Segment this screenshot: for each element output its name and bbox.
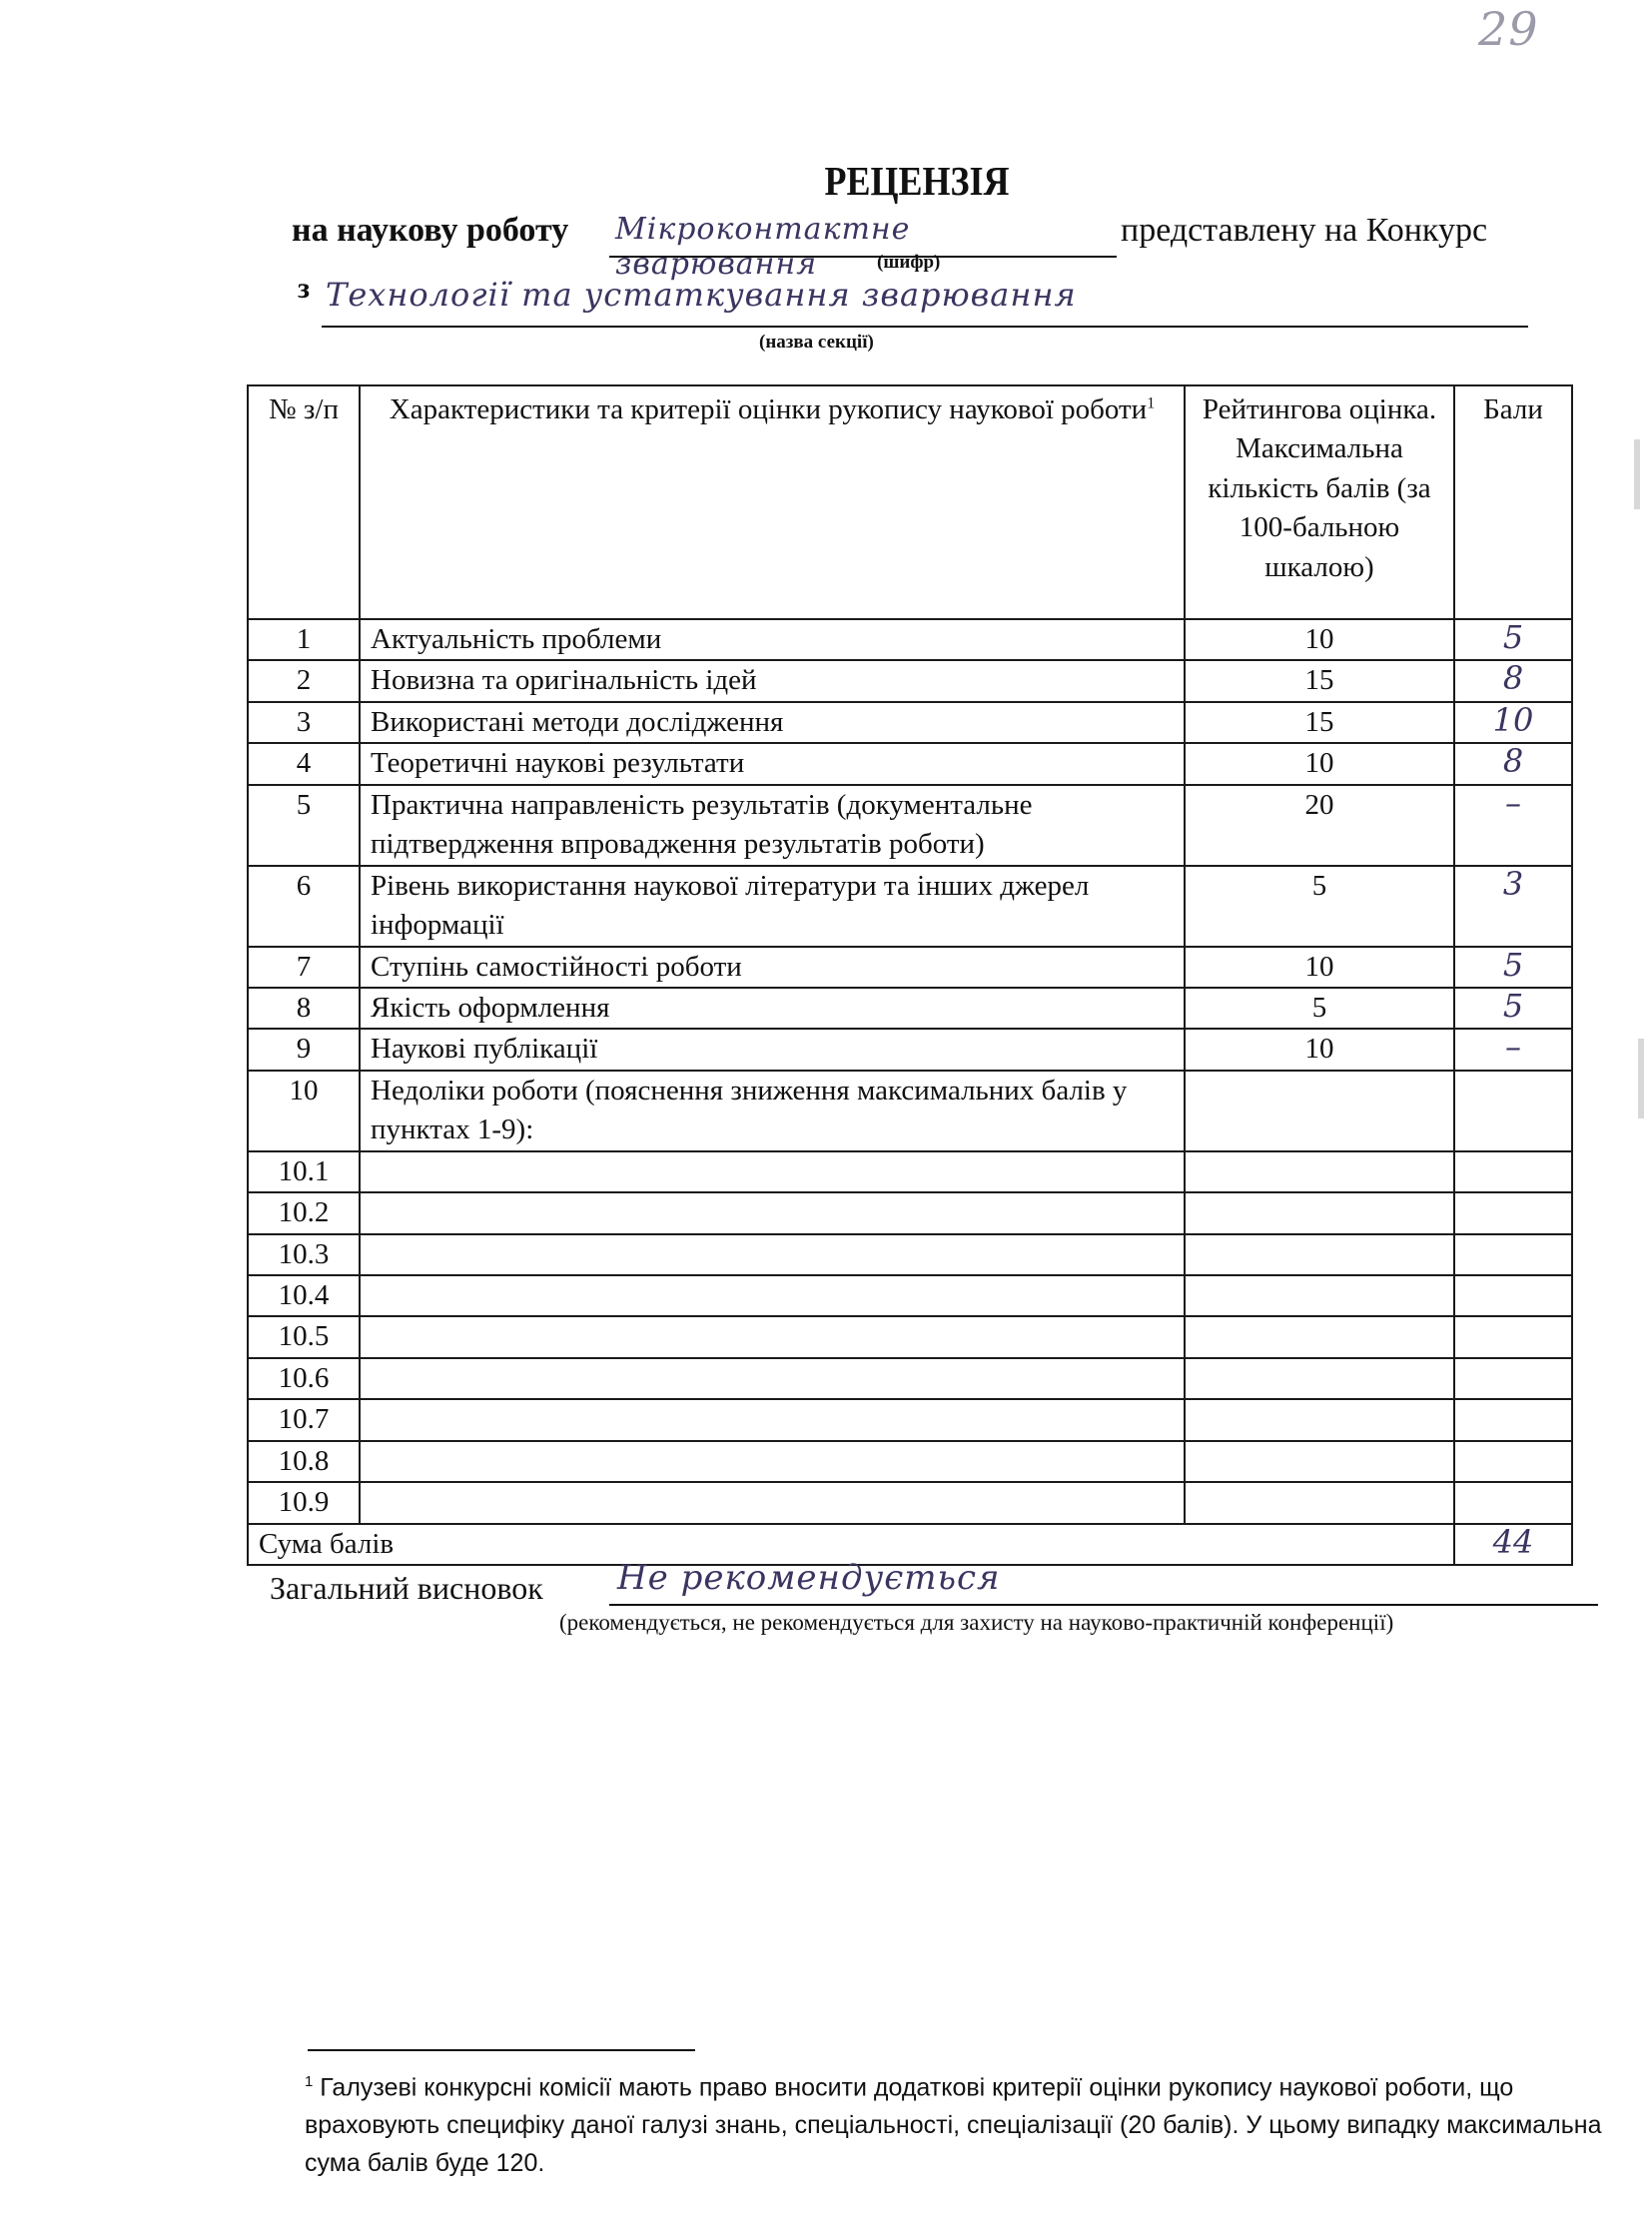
subrow-number: 10.5 (248, 1316, 360, 1357)
conclusion-value: Не рекомендується (617, 1558, 1001, 1598)
subrow-criterion[interactable] (360, 1234, 1185, 1275)
subrow-max-score[interactable] (1185, 1275, 1454, 1316)
section-value: Технології та устаткування зварювання (326, 276, 1077, 314)
subrow-max-score[interactable] (1185, 1234, 1454, 1275)
row-points[interactable]: – (1454, 785, 1572, 866)
conclusion-caption: (рекомендується, не рекомендується для з… (559, 1610, 1393, 1636)
table-row: 10.6 (248, 1358, 1572, 1399)
subrow-criterion[interactable] (360, 1441, 1185, 1482)
row-max-score: 5 (1185, 866, 1454, 947)
subrow-points[interactable] (1454, 1275, 1572, 1316)
table-row: 7Ступінь самостійності роботи105 (248, 947, 1572, 988)
table-row: 2Новизна та оригінальність ідей158 (248, 660, 1572, 701)
subrow-points[interactable] (1454, 1358, 1572, 1399)
row-points[interactable]: 5 (1454, 947, 1572, 988)
subrow-max-score[interactable] (1185, 1316, 1454, 1357)
row-criterion: Практична направленість результатів (док… (360, 785, 1185, 866)
row-criterion: Наукові публікації (360, 1029, 1185, 1070)
row-max-score: 10 (1185, 1029, 1454, 1070)
subrow-points[interactable] (1454, 1151, 1572, 1192)
table-row: 10.9 (248, 1482, 1572, 1523)
row-max-score (1185, 1071, 1454, 1151)
conclusion-field[interactable]: Не рекомендується (609, 1564, 1598, 1606)
header-max: Рейтингова оцінка. Максимальна кількість… (1185, 385, 1454, 619)
section-field[interactable]: Технології та устаткування зварювання (322, 282, 1528, 328)
subrow-number: 10.1 (248, 1151, 360, 1192)
subrow-number: 10.3 (248, 1234, 360, 1275)
work-code-caption: (шифр) (877, 252, 940, 274)
row-max-score: 20 (1185, 785, 1454, 866)
row-max-score: 15 (1185, 660, 1454, 701)
subrow-points[interactable] (1454, 1399, 1572, 1440)
subrow-max-score[interactable] (1185, 1399, 1454, 1440)
work-code-value: Мікроконтактне зварювання (615, 212, 1117, 282)
table-row: 10.1 (248, 1151, 1572, 1192)
row-criterion: Новизна та оригінальність ідей (360, 660, 1185, 701)
work-line-label: на наукову роботу (292, 212, 568, 250)
conclusion-label: Загальний висновок (270, 1570, 543, 1607)
evaluation-table: № з/п Характеристики та критерії оцінки … (247, 384, 1573, 1566)
subrow-number: 10.9 (248, 1482, 360, 1523)
subrow-criterion[interactable] (360, 1316, 1185, 1357)
table-row: 6Рівень використання наукової літератури… (248, 866, 1572, 947)
table-row: 10.8 (248, 1441, 1572, 1482)
row-max-score: 15 (1185, 702, 1454, 743)
row-criterion: Використані методи дослідження (360, 702, 1185, 743)
row-max-score: 5 (1185, 988, 1454, 1029)
subrow-number: 10.6 (248, 1358, 360, 1399)
table-header-row: № з/п Характеристики та критерії оцінки … (248, 385, 1572, 619)
page-number-handwritten: 29 (1478, 2, 1539, 56)
subrow-criterion[interactable] (360, 1482, 1185, 1523)
row-points[interactable]: 8 (1454, 660, 1572, 701)
row-number: 3 (248, 702, 360, 743)
row-points[interactable]: 8 (1454, 743, 1572, 784)
subrow-max-score[interactable] (1185, 1192, 1454, 1233)
row-number: 2 (248, 660, 360, 701)
row-number: 8 (248, 988, 360, 1029)
row-number: 9 (248, 1029, 360, 1070)
subrow-max-score[interactable] (1185, 1151, 1454, 1192)
row-number: 5 (248, 785, 360, 866)
footnote-divider (308, 2049, 695, 2051)
footnote-mark: 1 (1147, 394, 1155, 411)
subrow-criterion[interactable] (360, 1399, 1185, 1440)
row-number: 6 (248, 866, 360, 947)
subrow-criterion[interactable] (360, 1151, 1185, 1192)
subrow-number: 10.8 (248, 1441, 360, 1482)
row-points[interactable]: 3 (1454, 866, 1572, 947)
footnote-mark: 1 (305, 2073, 313, 2090)
subrow-points[interactable] (1454, 1441, 1572, 1482)
subrow-max-score[interactable] (1185, 1358, 1454, 1399)
row-points[interactable]: – (1454, 1029, 1572, 1070)
subrow-criterion[interactable] (360, 1192, 1185, 1233)
row-criterion: Недоліки роботи (пояснення зниження макс… (360, 1071, 1185, 1151)
subrow-number: 10.7 (248, 1399, 360, 1440)
row-points[interactable]: 10 (1454, 702, 1572, 743)
subrow-max-score[interactable] (1185, 1441, 1454, 1482)
row-max-score: 10 (1185, 947, 1454, 988)
table-row: 8Якість оформлення55 (248, 988, 1572, 1029)
header-criteria-text: Характеристики та критерії оцінки рукопи… (390, 393, 1147, 425)
row-criterion: Якість оформлення (360, 988, 1185, 1029)
row-number: 10 (248, 1071, 360, 1151)
subrow-points[interactable] (1454, 1482, 1572, 1523)
footnote: 1 Галузеві конкурсні комісії мають право… (305, 2063, 1633, 2182)
table-row: 1Актуальність проблеми105 (248, 619, 1572, 660)
row-criterion: Ступінь самостійності роботи (360, 947, 1185, 988)
footnote-text: Галузеві конкурсні комісії мають право в… (305, 2073, 1602, 2177)
subrow-number: 10.4 (248, 1275, 360, 1316)
scan-artifact (1638, 1039, 1644, 1118)
subrow-criterion[interactable] (360, 1358, 1185, 1399)
section-prefix: з (298, 272, 310, 306)
row-number: 4 (248, 743, 360, 784)
row-criterion: Рівень використання наукової літератури … (360, 866, 1185, 947)
subrow-points[interactable] (1454, 1316, 1572, 1357)
document-title: РЕЦЕНЗІЯ (0, 157, 1652, 205)
row-criterion: Теоретичні наукові результати (360, 743, 1185, 784)
table-row: 10Недоліки роботи (пояснення зниження ма… (248, 1071, 1572, 1151)
table-row: 10.4 (248, 1275, 1572, 1316)
scan-artifact (1634, 439, 1640, 509)
subrow-number: 10.2 (248, 1192, 360, 1233)
section-caption: (назва секції) (759, 332, 874, 354)
table-row: 3Використані методи дослідження1510 (248, 702, 1572, 743)
header-no: № з/п (248, 385, 360, 619)
row-max-score: 10 (1185, 619, 1454, 660)
row-number: 7 (248, 947, 360, 988)
table-row: 4Теоретичні наукові результати108 (248, 743, 1572, 784)
work-code-field[interactable]: Мікроконтактне зварювання (609, 212, 1117, 258)
row-number: 1 (248, 619, 360, 660)
submitted-label: представлену на Конкурс (1121, 212, 1487, 250)
header-points: Бали (1454, 385, 1572, 619)
table-row: 5Практична направленість результатів (до… (248, 785, 1572, 866)
row-max-score: 10 (1185, 743, 1454, 784)
sum-points[interactable]: 44 (1454, 1524, 1572, 1565)
row-points[interactable]: 5 (1454, 988, 1572, 1029)
row-points[interactable] (1454, 1071, 1572, 1151)
row-criterion: Актуальність проблеми (360, 619, 1185, 660)
row-points[interactable]: 5 (1454, 619, 1572, 660)
subrow-max-score[interactable] (1185, 1482, 1454, 1523)
subrow-criterion[interactable] (360, 1275, 1185, 1316)
header-criteria: Характеристики та критерії оцінки рукопи… (360, 385, 1185, 619)
table-row: 10.3 (248, 1234, 1572, 1275)
subrow-points[interactable] (1454, 1192, 1572, 1233)
subrow-points[interactable] (1454, 1234, 1572, 1275)
on-work-label: на наукову роботу (292, 212, 568, 249)
table-row: 10.7 (248, 1399, 1572, 1440)
table-row: 10.2 (248, 1192, 1572, 1233)
table-row: 10.5 (248, 1316, 1572, 1357)
table-row: 9Наукові публікації10– (248, 1029, 1572, 1070)
